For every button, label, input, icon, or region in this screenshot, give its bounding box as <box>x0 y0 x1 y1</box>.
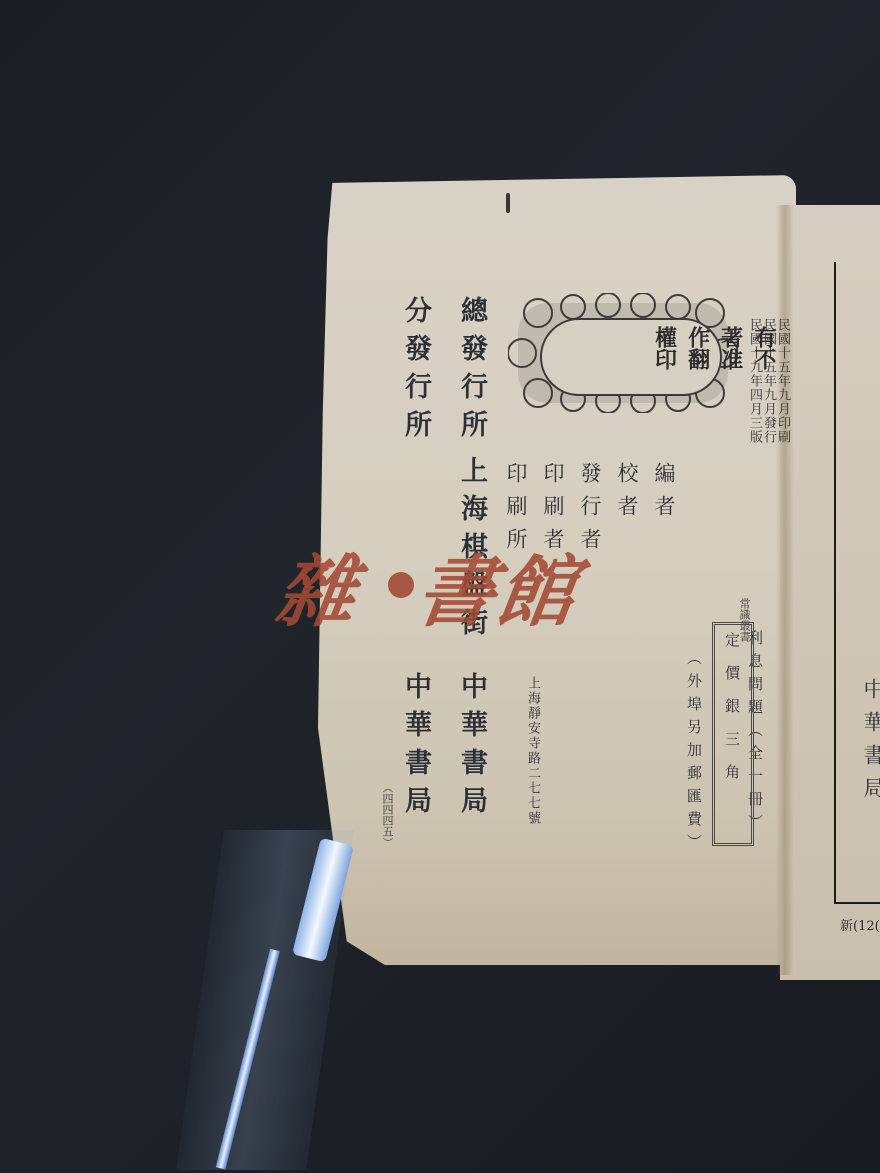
printing-house-address: 上海靜安寺路二七七號 <box>526 676 539 826</box>
ink-mark <box>506 193 510 213</box>
seal-col-4: 權印 <box>652 326 675 370</box>
head-office-label: 總發行所 <box>458 296 485 448</box>
seal-col-3: 作翻 <box>685 326 708 370</box>
seal-col-1: 有不 <box>752 326 775 370</box>
value-printing-house: 中華書局 <box>862 678 880 843</box>
seal-col-2: 著准 <box>719 326 742 370</box>
date-printed: 民國十五年九月印刷 <box>776 318 789 444</box>
credit-values: 岳陽吳應圖 桐鄉朱文叔 中華書局 中華書局 中華書局 <box>505 678 880 843</box>
watermark-char-3: 館 <box>491 547 584 638</box>
copyright-seal-text: 有不 著准 作翻 權印 <box>560 326 775 370</box>
watermark-stamp: 雜書館 <box>270 530 586 642</box>
head-office-value: 中華書局 <box>458 672 485 824</box>
watermark-dot <box>388 572 414 598</box>
branch-office-code: （四四四五） <box>382 782 393 848</box>
branch-office-label: 分發行所 <box>402 296 429 448</box>
facing-page-footer: 新(12( <box>840 915 880 934</box>
branch-office-value: 中華書局 <box>402 672 429 824</box>
watermark-char-2: 書 <box>411 547 504 638</box>
watermark-char-1: 雜 <box>271 547 364 638</box>
